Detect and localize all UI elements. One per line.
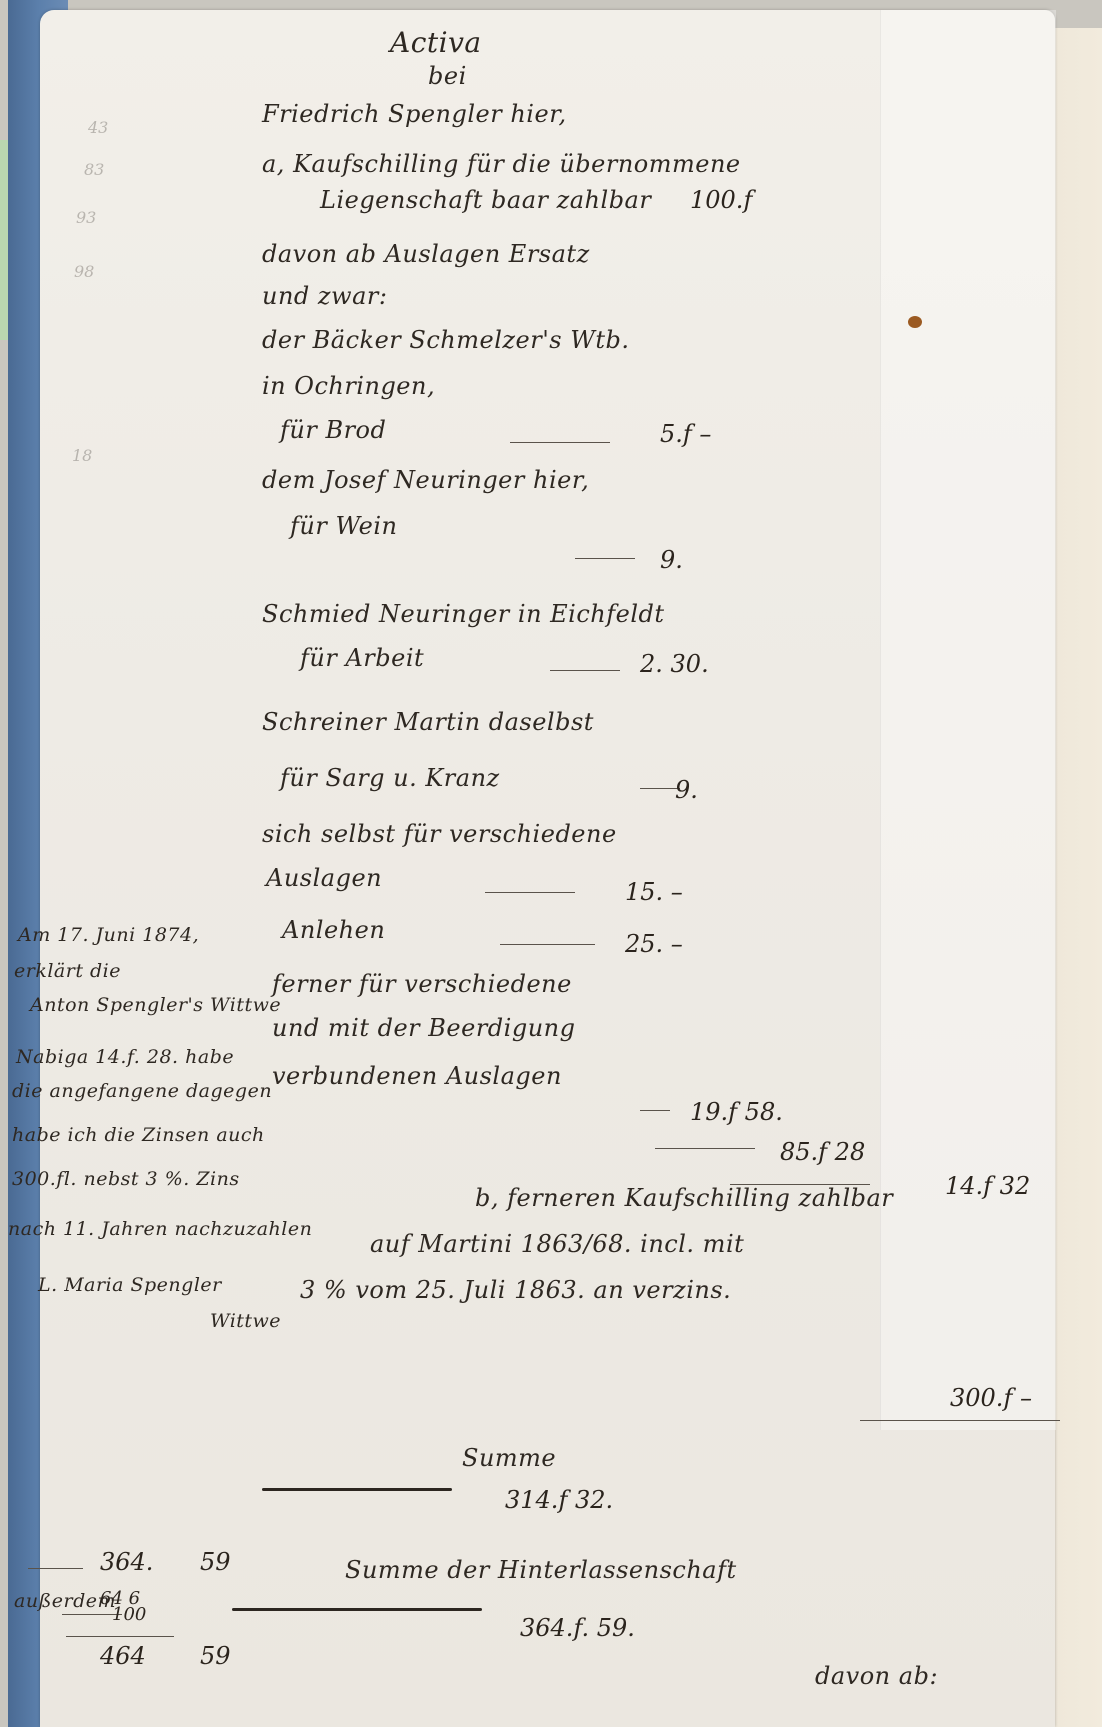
sum-label: Summe xyxy=(462,1444,556,1472)
ledger-amount: 2. 30. xyxy=(640,650,709,678)
leader-line xyxy=(655,1148,755,1149)
davon-ab-label: davon ab: xyxy=(815,1662,938,1690)
leader-line xyxy=(550,670,620,671)
sum-value: 314.f 32. xyxy=(505,1486,613,1514)
faint-offset-number: 93 xyxy=(76,208,96,227)
ledger-line: und zwar: xyxy=(262,282,387,310)
ledger-line: und mit der Beerdigung xyxy=(272,1014,575,1042)
leader-line xyxy=(640,788,680,789)
ledger-amount: 9. xyxy=(675,776,698,804)
leader-line xyxy=(485,892,575,893)
margin-note-line: erklärt die xyxy=(14,960,121,982)
calc-value: 364. xyxy=(100,1548,153,1576)
ledger-line: der Bäcker Schmelzer's Wtb. xyxy=(262,326,630,354)
ledger-line: verbundenen Auslagen xyxy=(272,1062,562,1090)
calc-cents: 59 xyxy=(200,1548,231,1576)
leader-line xyxy=(510,442,610,443)
leader-line xyxy=(640,1110,670,1111)
ledger-line: für Sarg u. Kranz xyxy=(280,764,500,792)
ledger-line: dem Josef Neuringer hier, xyxy=(262,466,589,494)
estate-sum-label: Summe der Hinterlassenschaft xyxy=(345,1556,737,1584)
margin-note-line: L. Maria Spengler xyxy=(38,1274,222,1296)
calc-value: 100 xyxy=(112,1604,146,1625)
ledger-amount: 300.f – xyxy=(950,1384,1032,1412)
margin-note-line: 300.fl. nebst 3 %. Zins xyxy=(12,1168,240,1190)
ledger-line: Liegenschaft baar zahlbar xyxy=(320,186,651,214)
margin-note-line: Wittwe xyxy=(210,1310,281,1332)
calc-leader xyxy=(28,1568,83,1569)
ledger-line: Friedrich Spengler hier, xyxy=(262,100,567,128)
ink-stain xyxy=(908,316,922,328)
margin-note-line: die angefangene dagegen xyxy=(12,1080,272,1102)
ledger-amount: 100.f xyxy=(690,186,752,214)
calc-total-cents: 59 xyxy=(200,1642,231,1670)
faint-offset-number: 98 xyxy=(74,262,94,281)
ledger-amount: 5.f – xyxy=(660,420,711,448)
document-subtitle: bei xyxy=(428,62,467,90)
ledger-line: sich selbst für verschiedene xyxy=(262,820,617,848)
ledger-line: in Ochringen, xyxy=(262,372,435,400)
ledger-line: a, Kaufschilling für die übernommene xyxy=(262,150,741,178)
ledger-line: Schmied Neuringer in Eichfeldt xyxy=(262,600,665,628)
ledger-line: für Wein xyxy=(290,512,398,540)
faint-offset-number: 43 xyxy=(88,118,108,137)
ledger-line: Auslagen xyxy=(266,864,382,892)
ledger-line: b, ferneren Kaufschilling zahlbar xyxy=(475,1184,893,1212)
ledger-amount: 15. – xyxy=(625,878,683,906)
faint-offset-number: 83 xyxy=(84,160,104,179)
folded-page-overlay xyxy=(880,10,1056,1430)
calc-total: 464 xyxy=(100,1642,146,1670)
calc-total-rule xyxy=(66,1636,174,1637)
margin-note-line: habe ich die Zinsen auch xyxy=(12,1124,265,1146)
ledger-line: davon ab Auslagen Ersatz xyxy=(262,240,590,268)
ledger-line: ferner für verschiedene xyxy=(272,970,572,998)
ledger-net-amount: 14.f 32 xyxy=(945,1172,1030,1200)
ledger-subtotal: 85.f 28 xyxy=(780,1138,865,1166)
ledger-line: für Brod xyxy=(280,416,386,444)
document-title: Activa xyxy=(390,26,482,59)
ledger-amount: 19.f 58. xyxy=(690,1098,783,1126)
ledger-line: Anlehen xyxy=(282,916,385,944)
margin-note-line: Am 17. Juni 1874, xyxy=(18,924,199,946)
margin-note-line: Anton Spengler's Wittwe xyxy=(30,994,281,1016)
leader-line xyxy=(575,558,635,559)
ledger-line: 3 % vom 25. Juli 1863. an verzins. xyxy=(300,1276,731,1304)
margin-note-line: Nabiga 14.f. 28. habe xyxy=(16,1046,234,1068)
leader-line xyxy=(860,1420,1060,1421)
ledger-line: für Arbeit xyxy=(300,644,424,672)
ledger-line: auf Martini 1863/68. incl. mit xyxy=(370,1230,744,1258)
estate-sum-value: 364.f. 59. xyxy=(520,1614,635,1642)
ledger-amount: 9. xyxy=(660,546,683,574)
sum-underline xyxy=(262,1488,452,1491)
ledger-amount: 25. – xyxy=(625,930,683,958)
leader-line xyxy=(500,944,595,945)
margin-note-line: nach 11. Jahren nachzuzahlen xyxy=(8,1218,312,1240)
ledger-line: Schreiner Martin daselbst xyxy=(262,708,594,736)
faint-offset-number: 18 xyxy=(72,446,92,465)
estate-sum-underline xyxy=(232,1608,482,1611)
